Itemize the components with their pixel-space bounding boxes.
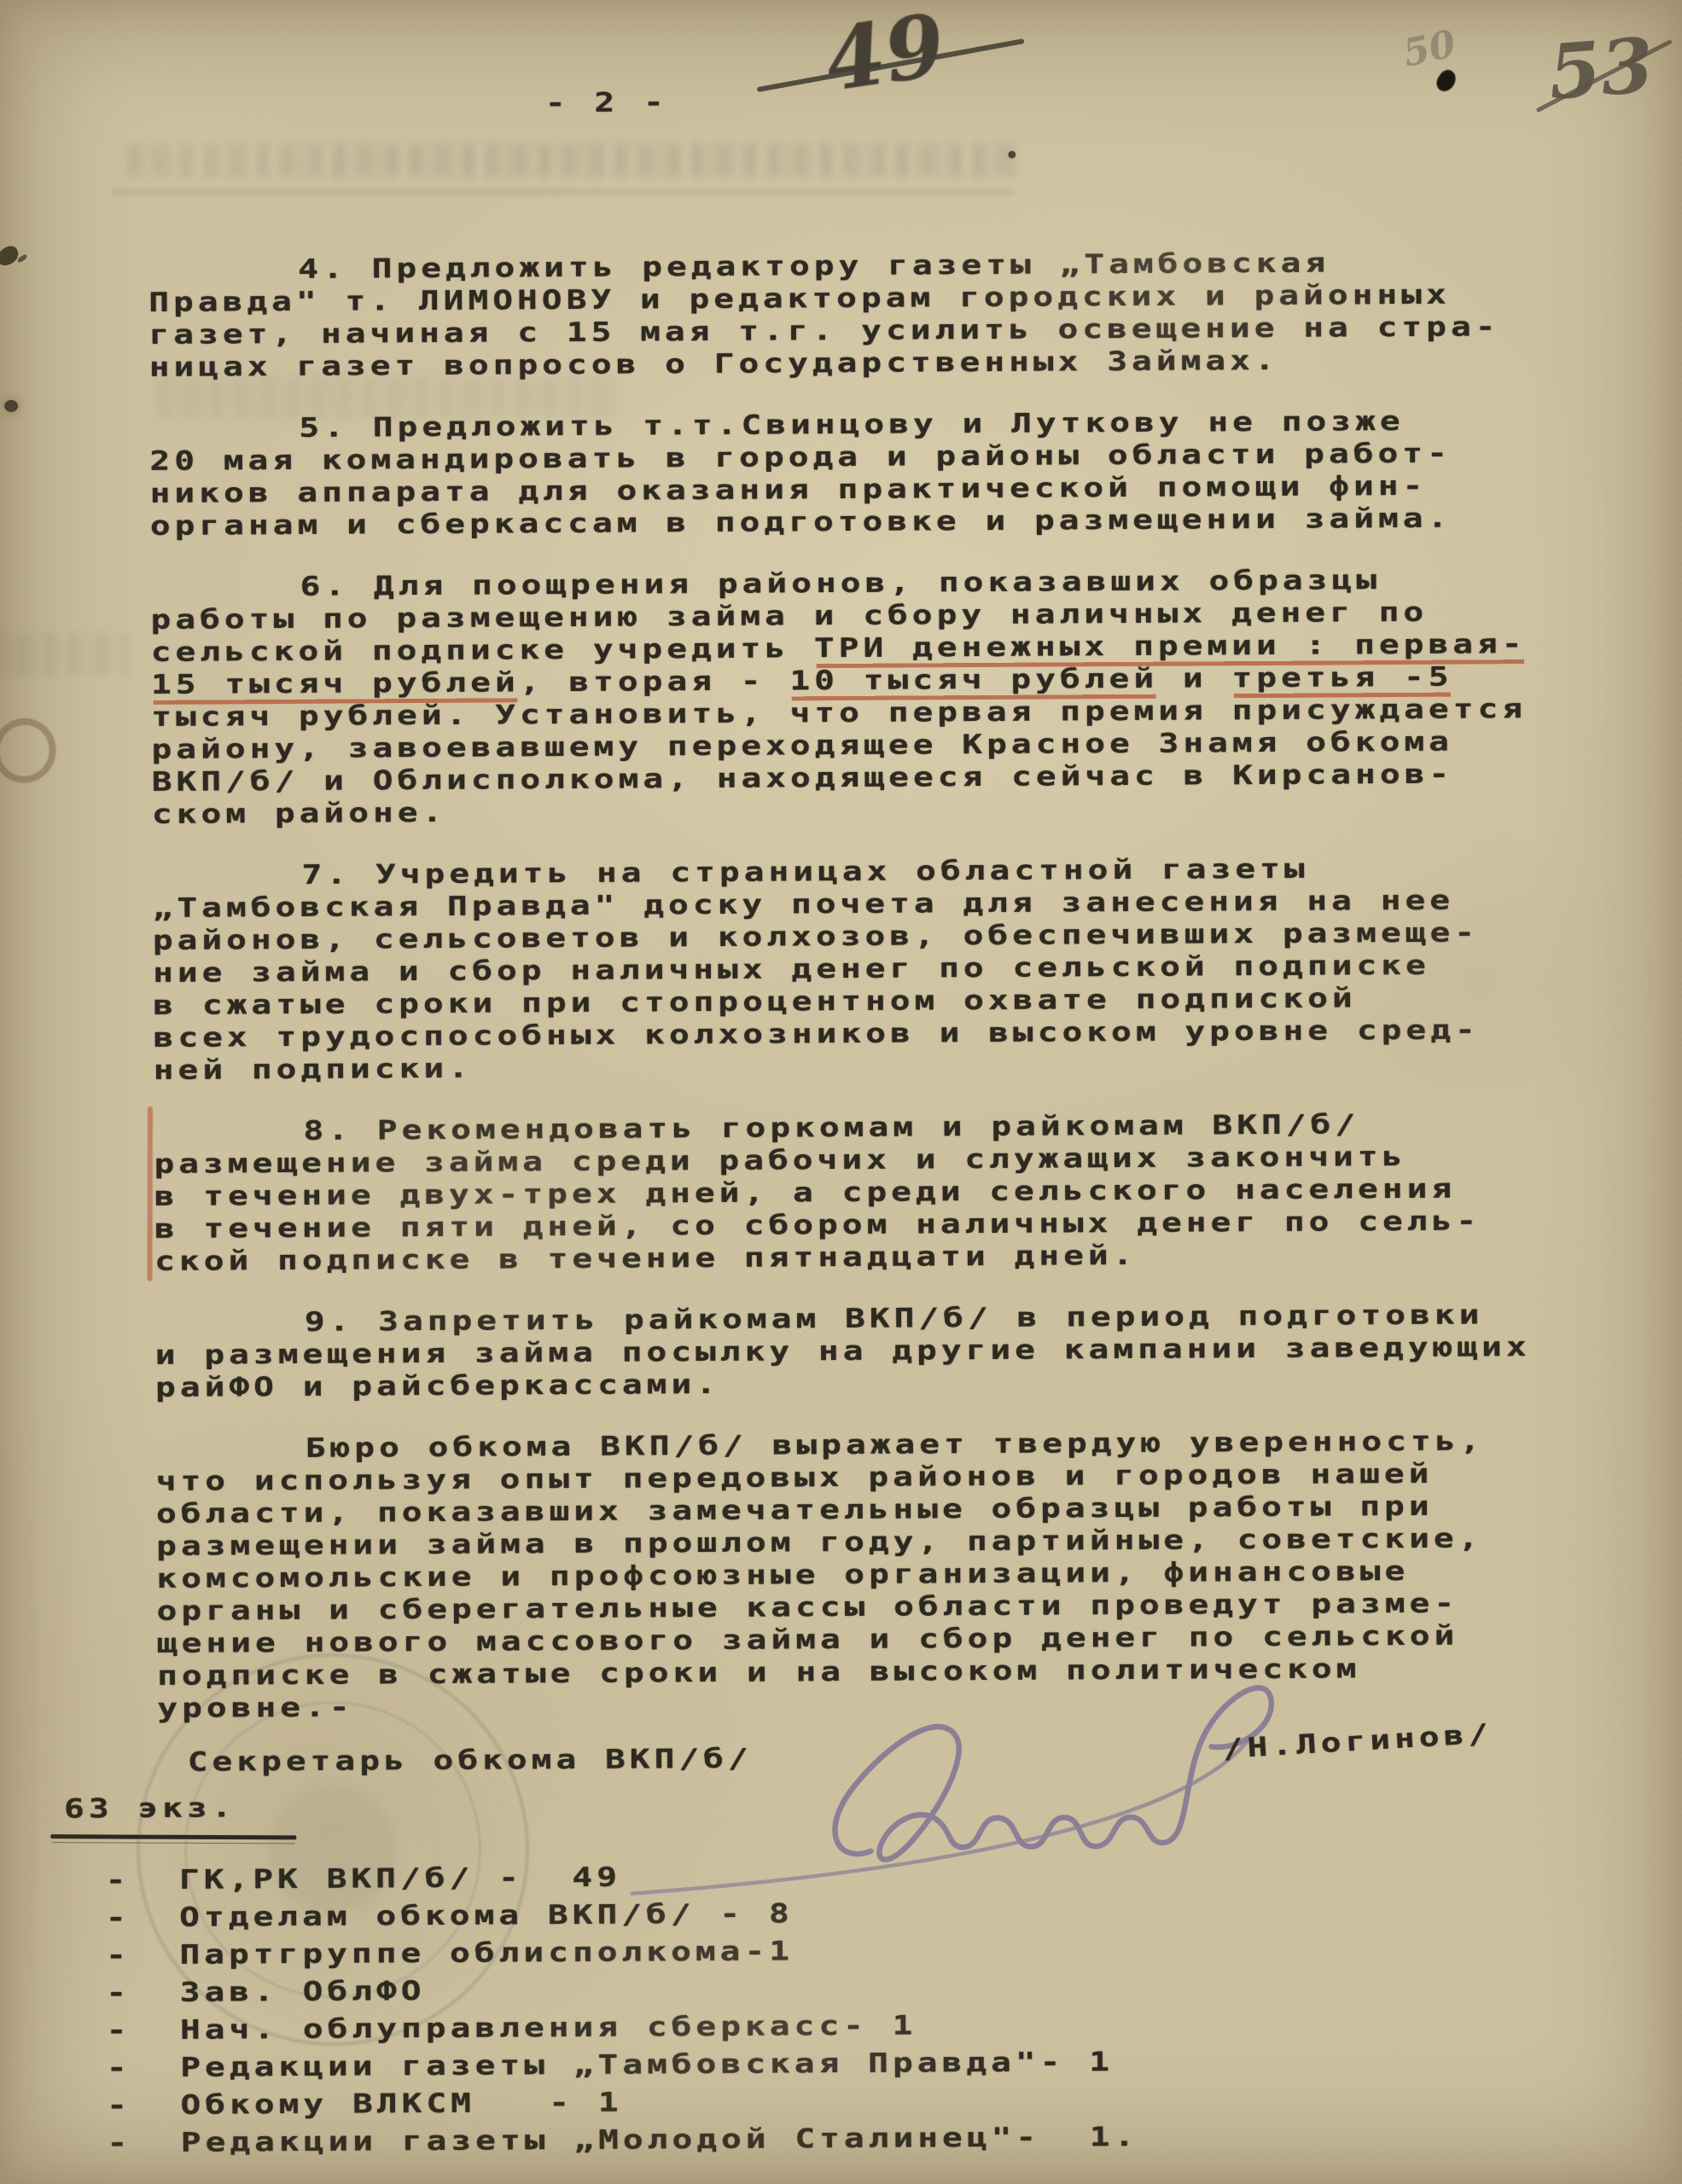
page-number-text: - 2 - — [545, 86, 668, 119]
distribution-list: - ГК,РК ВКП/б/ - 49- Отделам обкома ВКП/… — [106, 1859, 920, 2164]
distribution-item: - Отделам обкома ВКП/б/ - 8 — [106, 1896, 1138, 1934]
copies-underline — [50, 1834, 296, 1839]
red-pencil-underline: ТРИ денежных премии : первая- — [814, 629, 1527, 664]
distribution-item: - Редакции газеты „Молодой Сталинец"- 1. — [107, 2121, 1138, 2159]
red-pencil-underline: третья -5 — [1231, 662, 1452, 694]
red-pencil-margin-mark — [147, 1107, 153, 1281]
distribution-item: - Обкому ВЛКСМ - 1 — [107, 2083, 1138, 2122]
stain-ring — [0, 712, 63, 790]
paragraph: 8. Рекомендовать горкомам и райкомам ВКП… — [154, 1108, 1366, 1278]
copies-count-text: 63 экз. — [64, 1792, 236, 1825]
ink-blot — [0, 243, 21, 268]
ink-blot — [4, 400, 18, 412]
red-pencil-underline: 15 тысяч рублей — [151, 667, 520, 700]
ink-speck — [1008, 151, 1016, 159]
scanned-document-page: 49 50 53 - 2 - 4. Предложить редактору г… — [0, 0, 1682, 2184]
paragraph: 9. Запретить райкомам ВКП/б/ в период по… — [155, 1299, 1368, 1404]
distribution-item: - Нач. облуправления сберкасс- 1 — [107, 2008, 1138, 2047]
paragraph: 4. Предложить редактору газеты „Тамбовск… — [148, 247, 1361, 384]
handwritten-faint-number: 50 — [1400, 26, 1459, 73]
ink-blot — [1433, 67, 1459, 95]
distribution-item: - Зав. ОблФО — [106, 1971, 1138, 2009]
signature-role-text: Секретарь обкома ВКП/б/ — [188, 1743, 753, 1779]
document-content: 49 50 53 - 2 - 4. Предложить редактору г… — [0, 0, 1682, 2184]
paragraph: 7. Учредить на страницах областной газет… — [152, 852, 1365, 1087]
distribution-item: - Партгруппе облисполкома-1 — [106, 1933, 1138, 1972]
page-number: - 2 - — [545, 86, 643, 119]
paragraph: 6. Для поощрения районов, показавших обр… — [150, 564, 1364, 831]
distribution-item: - Редакции газеты „Тамбовская Правда"- 1 — [107, 2046, 1138, 2084]
distribution-item: - ГК,РК ВКП/б/ - 49 — [106, 1858, 1138, 1896]
signature-role: Секретарь обкома ВКП/б/ — [188, 1744, 632, 1779]
copies-count: 63 экз. — [64, 1792, 200, 1826]
handwritten-page-number-crossed: 49 — [820, 2, 950, 103]
paragraph-list: 4. Предложить редактору газеты „Тамбовск… — [148, 247, 1370, 1754]
paragraph: 5. Предложить т.т.Свинцову и Луткову не … — [149, 405, 1362, 543]
red-pencil-underline: 10 тысяч рублей — [789, 664, 1158, 697]
